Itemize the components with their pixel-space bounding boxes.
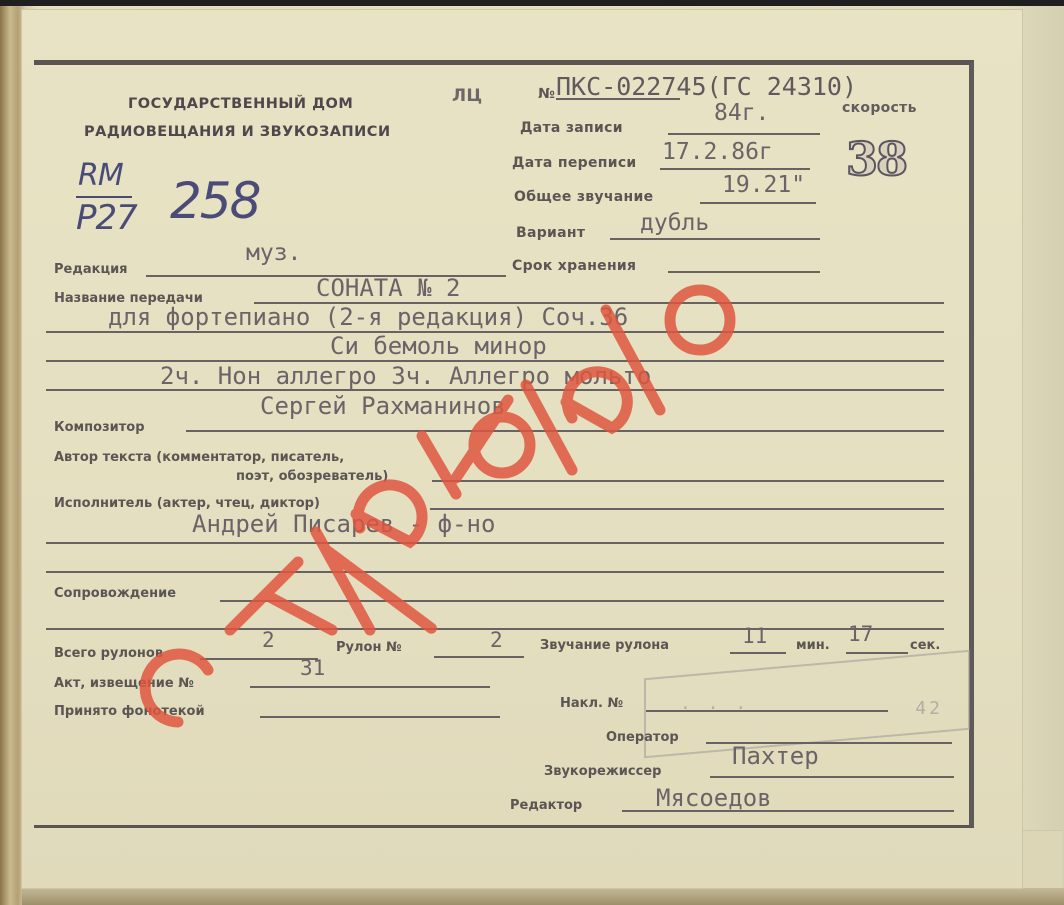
editor-label: Редактор <box>510 798 582 813</box>
copy-date-value: 17.2.86г <box>662 139 773 165</box>
institution-line-1: ГОСУДАРСТВЕННЫЙ ДОМ <box>128 96 353 112</box>
reel-min-label: мин. <box>796 638 830 653</box>
catalog-prefix: № <box>538 86 555 102</box>
reel-seconds-value: 17 <box>848 622 873 646</box>
reel-number-value: 2 <box>490 628 503 652</box>
reel-minutes-line <box>730 652 786 654</box>
copy-date-line <box>660 168 810 170</box>
program-title-text-5: Сергей Рахманинов <box>260 392 506 420</box>
handwritten-fraction-top: RM <box>78 158 123 193</box>
total-duration-label: Общее звучание <box>514 189 653 205</box>
reel-minutes-value: 11 <box>742 624 767 648</box>
reel-number-line <box>434 656 524 658</box>
handwritten-number: 258 <box>170 172 259 230</box>
composer-line <box>186 430 944 432</box>
text-author-label-2: поэт, обозреватель) <box>236 469 388 484</box>
act-notice-line <box>250 686 490 688</box>
institution-line-2: РАДИОВЕЩАНИЯ И ЗВУКОЗАПИСИ <box>84 124 391 140</box>
invoice-label: Накл. № <box>560 696 623 711</box>
sound-engineer-line <box>710 776 954 778</box>
recording-date-line <box>668 133 820 135</box>
act-notice-label: Акт, извещение № <box>54 676 194 691</box>
storage-term-label: Срок хранения <box>512 258 636 274</box>
reel-sec-label: сек. <box>910 638 940 653</box>
variant-line <box>610 238 820 240</box>
performer-label: Исполнитель (актер, чтец, диктор) <box>54 496 320 511</box>
total-reels-value: 2 <box>262 628 275 652</box>
reel-duration-label: Звучание рулона <box>540 638 669 653</box>
recording-date-label: Дата записи <box>520 120 623 136</box>
variant-value: дубль <box>640 210 709 236</box>
code-lc: ЛЦ <box>452 86 483 106</box>
card-stack-edge <box>22 888 1064 905</box>
program-title-text-3: Си бемоль минор <box>330 332 547 360</box>
accepted-by-line <box>260 716 500 718</box>
performer-line-3 <box>46 571 944 573</box>
reel-number-label: Рулон № <box>336 640 402 655</box>
composer-label: Композитор <box>54 420 145 435</box>
editorial-value: муз. <box>246 240 301 266</box>
speed-label: скорость <box>842 100 917 116</box>
invoice-line <box>646 710 888 712</box>
program-title-text-4: 2ч. Нон аллегро 3ч. Аллегро мольто <box>160 362 651 390</box>
recording-date-value: 84г. <box>714 100 769 126</box>
accepted-by-label: Принято фонотекой <box>54 704 205 719</box>
storage-term-line <box>668 271 820 273</box>
performer-line-1 <box>430 508 944 510</box>
sound-engineer-value: Пахтер <box>732 742 819 770</box>
performer-line-2 <box>46 542 944 544</box>
editor-value: Мясоедов <box>656 784 772 812</box>
sound-engineer-label: Звукорежиссер <box>544 764 661 779</box>
editorial-label: Редакция <box>54 262 128 277</box>
act-notice-value: 31 <box>300 656 325 680</box>
operator-label: Оператор <box>606 730 679 745</box>
accompaniment-label: Сопровождение <box>54 586 176 601</box>
variant-label: Вариант <box>516 225 585 241</box>
speed-value: 38 <box>846 132 906 186</box>
total-duration-value: 19.21" <box>722 172 805 198</box>
text-author-line <box>432 480 944 482</box>
handwritten-fraction-bottom: P27 <box>76 198 137 238</box>
performer-value: Андрей Писарев - ф-но <box>192 510 495 538</box>
accompaniment-line <box>220 600 944 602</box>
program-title-text-2: для фортепиано (2-я редакция) Соч.36 <box>108 303 628 331</box>
total-reels-label: Всего рулонов <box>54 646 163 661</box>
text-author-label-1: Автор текста (комментатор, писатель, <box>54 450 344 465</box>
reel-seconds-line <box>846 652 908 654</box>
copy-date-label: Дата переписи <box>512 155 637 171</box>
program-title-text-1: СОНАТА № 2 <box>316 274 461 302</box>
catalog-underline <box>556 98 680 100</box>
catalog-number: ПКС-022745(ГС 24310) <box>556 72 857 101</box>
grey-stamp-faded-text: · · · 42 <box>680 698 943 719</box>
total-duration-line <box>700 202 816 204</box>
